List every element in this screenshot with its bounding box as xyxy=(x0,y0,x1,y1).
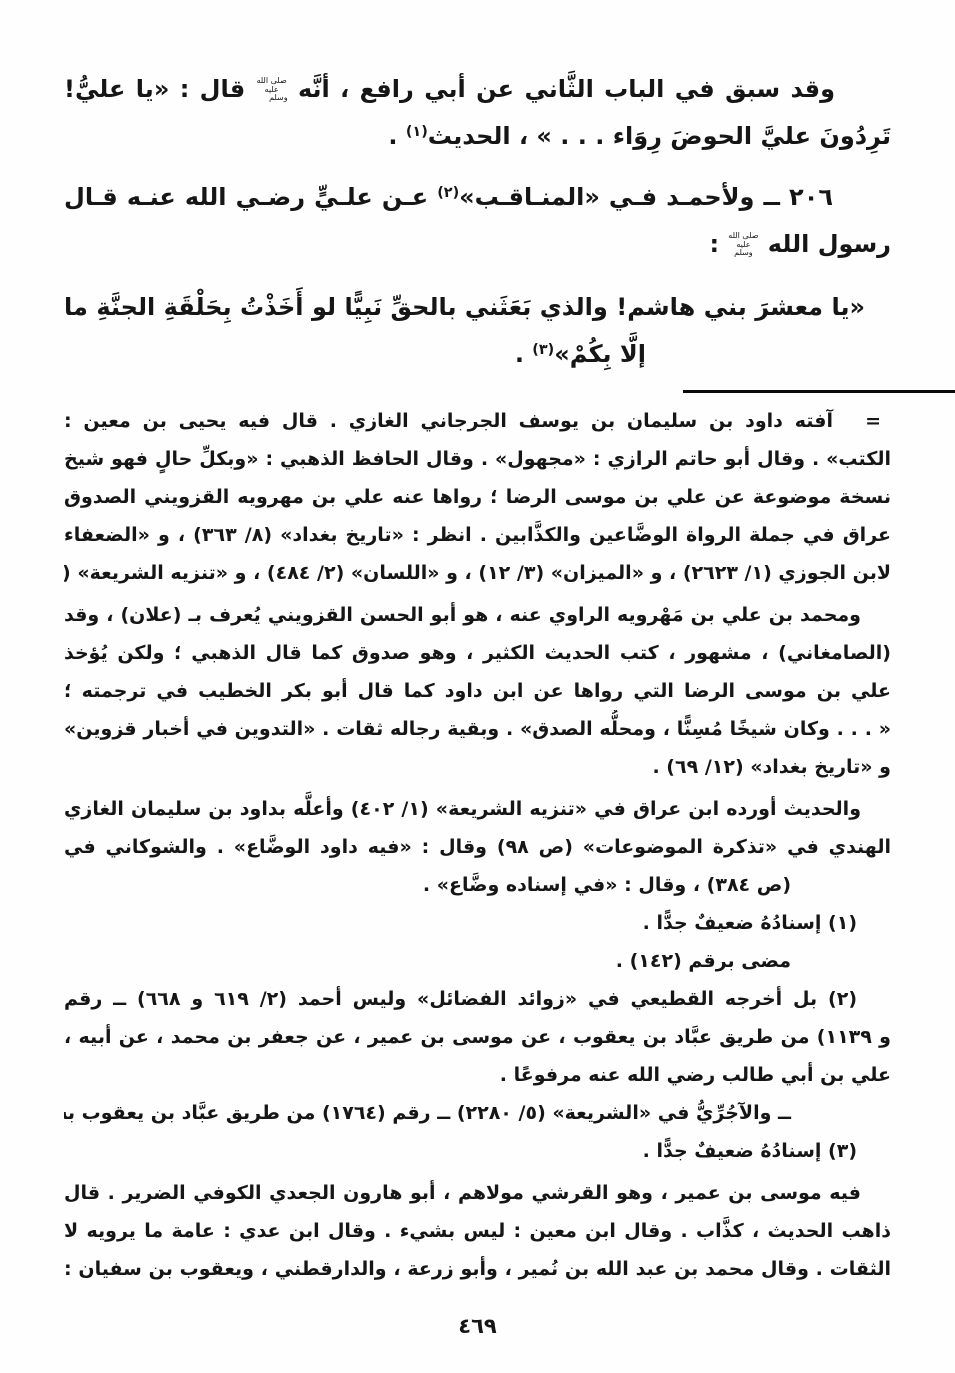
footnote-line: الكتب» . وقال أبو حاتم الرازي : «مجهول» … xyxy=(64,440,891,478)
footnote-ref: (٣) xyxy=(532,342,554,358)
footnote-line: « . . . وكان شيخًا مُسِنًّا ، ومحلُّه ال… xyxy=(64,710,891,748)
footnote-line: الهندي في «تذكرة الموضوعات» (ص ٩٨) وقال … xyxy=(64,828,891,866)
footnote-line: ومحمد بن علي بن مَهْرويه الراوي عنه ، هو… xyxy=(64,596,891,634)
pbuh-honorific-mark: صلى الله عليه وسلم xyxy=(727,232,759,258)
footnotes-text: =آفته داود بن سليمان بن يوسف الجرجاني ال… xyxy=(64,402,891,1288)
footnote-ref: (١) xyxy=(406,124,428,140)
text-segment: علي بن أبي طالب رضي الله عنه مرفوعًا . xyxy=(500,1064,891,1086)
text-segment: (ص ٣٨٤) ، وقال : «في إسناده وضَّاع» . xyxy=(423,874,791,896)
text-segment: ذاهب الحديث ، كذَّاب . وقال ابن معين : ل… xyxy=(64,1220,891,1250)
text-segment: علي بن موسى الرضا التي رواها عن ابن داود… xyxy=(64,680,891,710)
main-text-line: وقد سبق في الباب الثَّاني عن أبي رافع ، … xyxy=(64,66,891,113)
text-segment: . xyxy=(515,340,532,368)
footnote-line: عراق في جملة الرواة الوضَّاعين والكذَّاب… xyxy=(64,516,891,554)
text-segment: (١) إسنادُهُ ضعيفٌ جدًّا . xyxy=(643,912,857,934)
text-segment: ومحمد بن علي بن مَهْرويه الراوي عنه ، هو… xyxy=(64,604,861,634)
text-segment: «يا معشرَ بني هاشم! والذي بَعَثَني بالحق… xyxy=(64,293,865,331)
text-segment: الهندي في «تذكرة الموضوعات» (ص ٩٨) وقال … xyxy=(64,836,891,866)
footnote-line: (الصامغاني) ، مشهور ، كتب الحديث الكثير … xyxy=(64,634,891,672)
footnote-line: والحديث أورده ابن عراق في «تنزيه الشريعة… xyxy=(64,790,891,828)
text-segment: . xyxy=(388,122,405,150)
text-segment: : xyxy=(709,230,727,258)
text-segment: (٢) بل أخرجه القطيعي في «زوائد الفضائل» … xyxy=(64,988,857,1018)
main-text-line: ٢٠٦ ــ ولأحمـد فـي «المنـاقـب»(٢) عـن عل… xyxy=(64,174,891,221)
footnote-line: ذاهب الحديث ، كذَّاب . وقال ابن معين : ل… xyxy=(64,1212,891,1250)
footnote-line: الثقات . وقال محمد بن عبد الله بن نُمير … xyxy=(64,1250,891,1288)
text-segment: تَرِدُونَ عليَّ الحوضَ رِوَاء . . . » ، … xyxy=(428,122,891,150)
book-page: وقد سبق في الباب الثَّاني عن أبي رافع ، … xyxy=(0,0,955,1373)
footnote-line: و «تاريخ بغداد» (١٢/ ٦٩) . xyxy=(64,748,891,786)
text-segment: الثقات . وقال محمد بن عبد الله بن نُمير … xyxy=(64,1258,891,1288)
footnote-ref: (٢) xyxy=(437,185,459,201)
footnote-line: ــ والآجُرِّيُّ في «الشريعة» (٥/ ٢٢٨٠) ـ… xyxy=(64,1094,891,1132)
text-segment: والحديث أورده ابن عراق في «تنزيه الشريعة… xyxy=(64,798,861,828)
text-segment: الكتب» . وقال أبو حاتم الرازي : «مجهول» … xyxy=(64,448,891,478)
footnote-line: (ص ٣٨٤) ، وقال : «في إسناده وضَّاع» . xyxy=(64,866,891,904)
footnote-line: فيه موسى بن عمير ، وهو القرشي مولاهم ، أ… xyxy=(64,1174,891,1212)
text-segment: نسخة موضوعة عن علي بن موسى الرضا ؛ رواها… xyxy=(64,486,891,516)
footnote-line: (١) إسنادُهُ ضعيفٌ جدًّا . xyxy=(64,904,891,942)
text-segment: مضى برقم (١٤٢) . xyxy=(616,950,791,972)
text-segment: (٣) إسنادُهُ ضعيفٌ جدًّا . xyxy=(643,1140,857,1162)
footnote-line: نسخة موضوعة عن علي بن موسى الرضا ؛ رواها… xyxy=(64,478,891,516)
footnote-line: علي بن أبي طالب رضي الله عنه مرفوعًا . xyxy=(64,1056,891,1094)
pbuh-honorific-mark: صلى الله عليه وسلم xyxy=(256,77,288,103)
footnote-line: علي بن موسى الرضا التي رواها عن ابن داود… xyxy=(64,672,891,710)
text-segment: فيه موسى بن عمير ، وهو القرشي مولاهم ، أ… xyxy=(64,1182,861,1212)
footnote-line: مضى برقم (١٤٢) . xyxy=(64,942,891,980)
main-text-line: تَرِدُونَ عليَّ الحوضَ رِوَاء . . . » ، … xyxy=(64,113,891,160)
continuation-mark: = xyxy=(865,402,881,440)
text-segment: ٢٠٦ ــ ولأحمـد فـي «المنـاقـب» xyxy=(459,183,833,211)
main-text-line: «يا معشرَ بني هاشم! والذي بَعَثَني بالحق… xyxy=(64,284,891,331)
footnote-line: لابن الجوزي (١/ ٢٦٢٣) ، و «الميزان» (٣/ … xyxy=(64,554,891,592)
main-text: وقد سبق في الباب الثَّاني عن أبي رافع ، … xyxy=(0,0,955,378)
footnote-line: و ١١٣٩) من طريق عبَّاد بن يعقوب ، عن موس… xyxy=(64,1018,891,1056)
text-segment: و ١١٣٩) من طريق عبَّاد بن يعقوب ، عن موس… xyxy=(64,1026,891,1056)
text-segment: آفته داود بن سليمان بن يوسف الجرجاني الغ… xyxy=(64,410,833,440)
text-segment: لابن الجوزي (١/ ٢٦٢٣) ، و «الميزان» (٣/ … xyxy=(64,562,891,584)
text-segment: وقد سبق في الباب الثَّاني عن أبي رافع ، … xyxy=(288,75,835,103)
text-segment: و «تاريخ بغداد» (١٢/ ٦٩) . xyxy=(652,756,891,778)
footnote-line: =آفته داود بن سليمان بن يوسف الجرجاني ال… xyxy=(64,402,891,440)
main-text-line: إلَّا بِكُمْ»(٣) . xyxy=(64,331,891,378)
text-segment: عراق في جملة الرواة الوضَّاعين والكذَّاب… xyxy=(64,524,891,554)
page-number: ٤٦٩ xyxy=(0,1314,955,1338)
text-segment: رسول الله xyxy=(759,230,891,258)
text-segment: (الصامغاني) ، مشهور ، كتب الحديث الكثير … xyxy=(64,642,891,672)
text-segment: « . . . وكان شيخًا مُسِنًّا ، ومحلُّه ال… xyxy=(64,718,891,748)
footnote-line: (٣) إسنادُهُ ضعيفٌ جدًّا . xyxy=(64,1132,891,1170)
footnotes: =آفته داود بن سليمان بن يوسف الجرجاني ال… xyxy=(0,402,955,1288)
text-segment: ــ والآجُرِّيُّ في «الشريعة» (٥/ ٢٢٨٠) ـ… xyxy=(64,1102,791,1124)
footnote-line: (٢) بل أخرجه القطيعي في «زوائد الفضائل» … xyxy=(64,980,891,1018)
footnote-separator xyxy=(683,390,955,393)
main-text-line: رسول الله صلى الله عليه وسلم : xyxy=(64,221,891,268)
text-segment: إلَّا بِكُمْ» xyxy=(554,340,646,368)
